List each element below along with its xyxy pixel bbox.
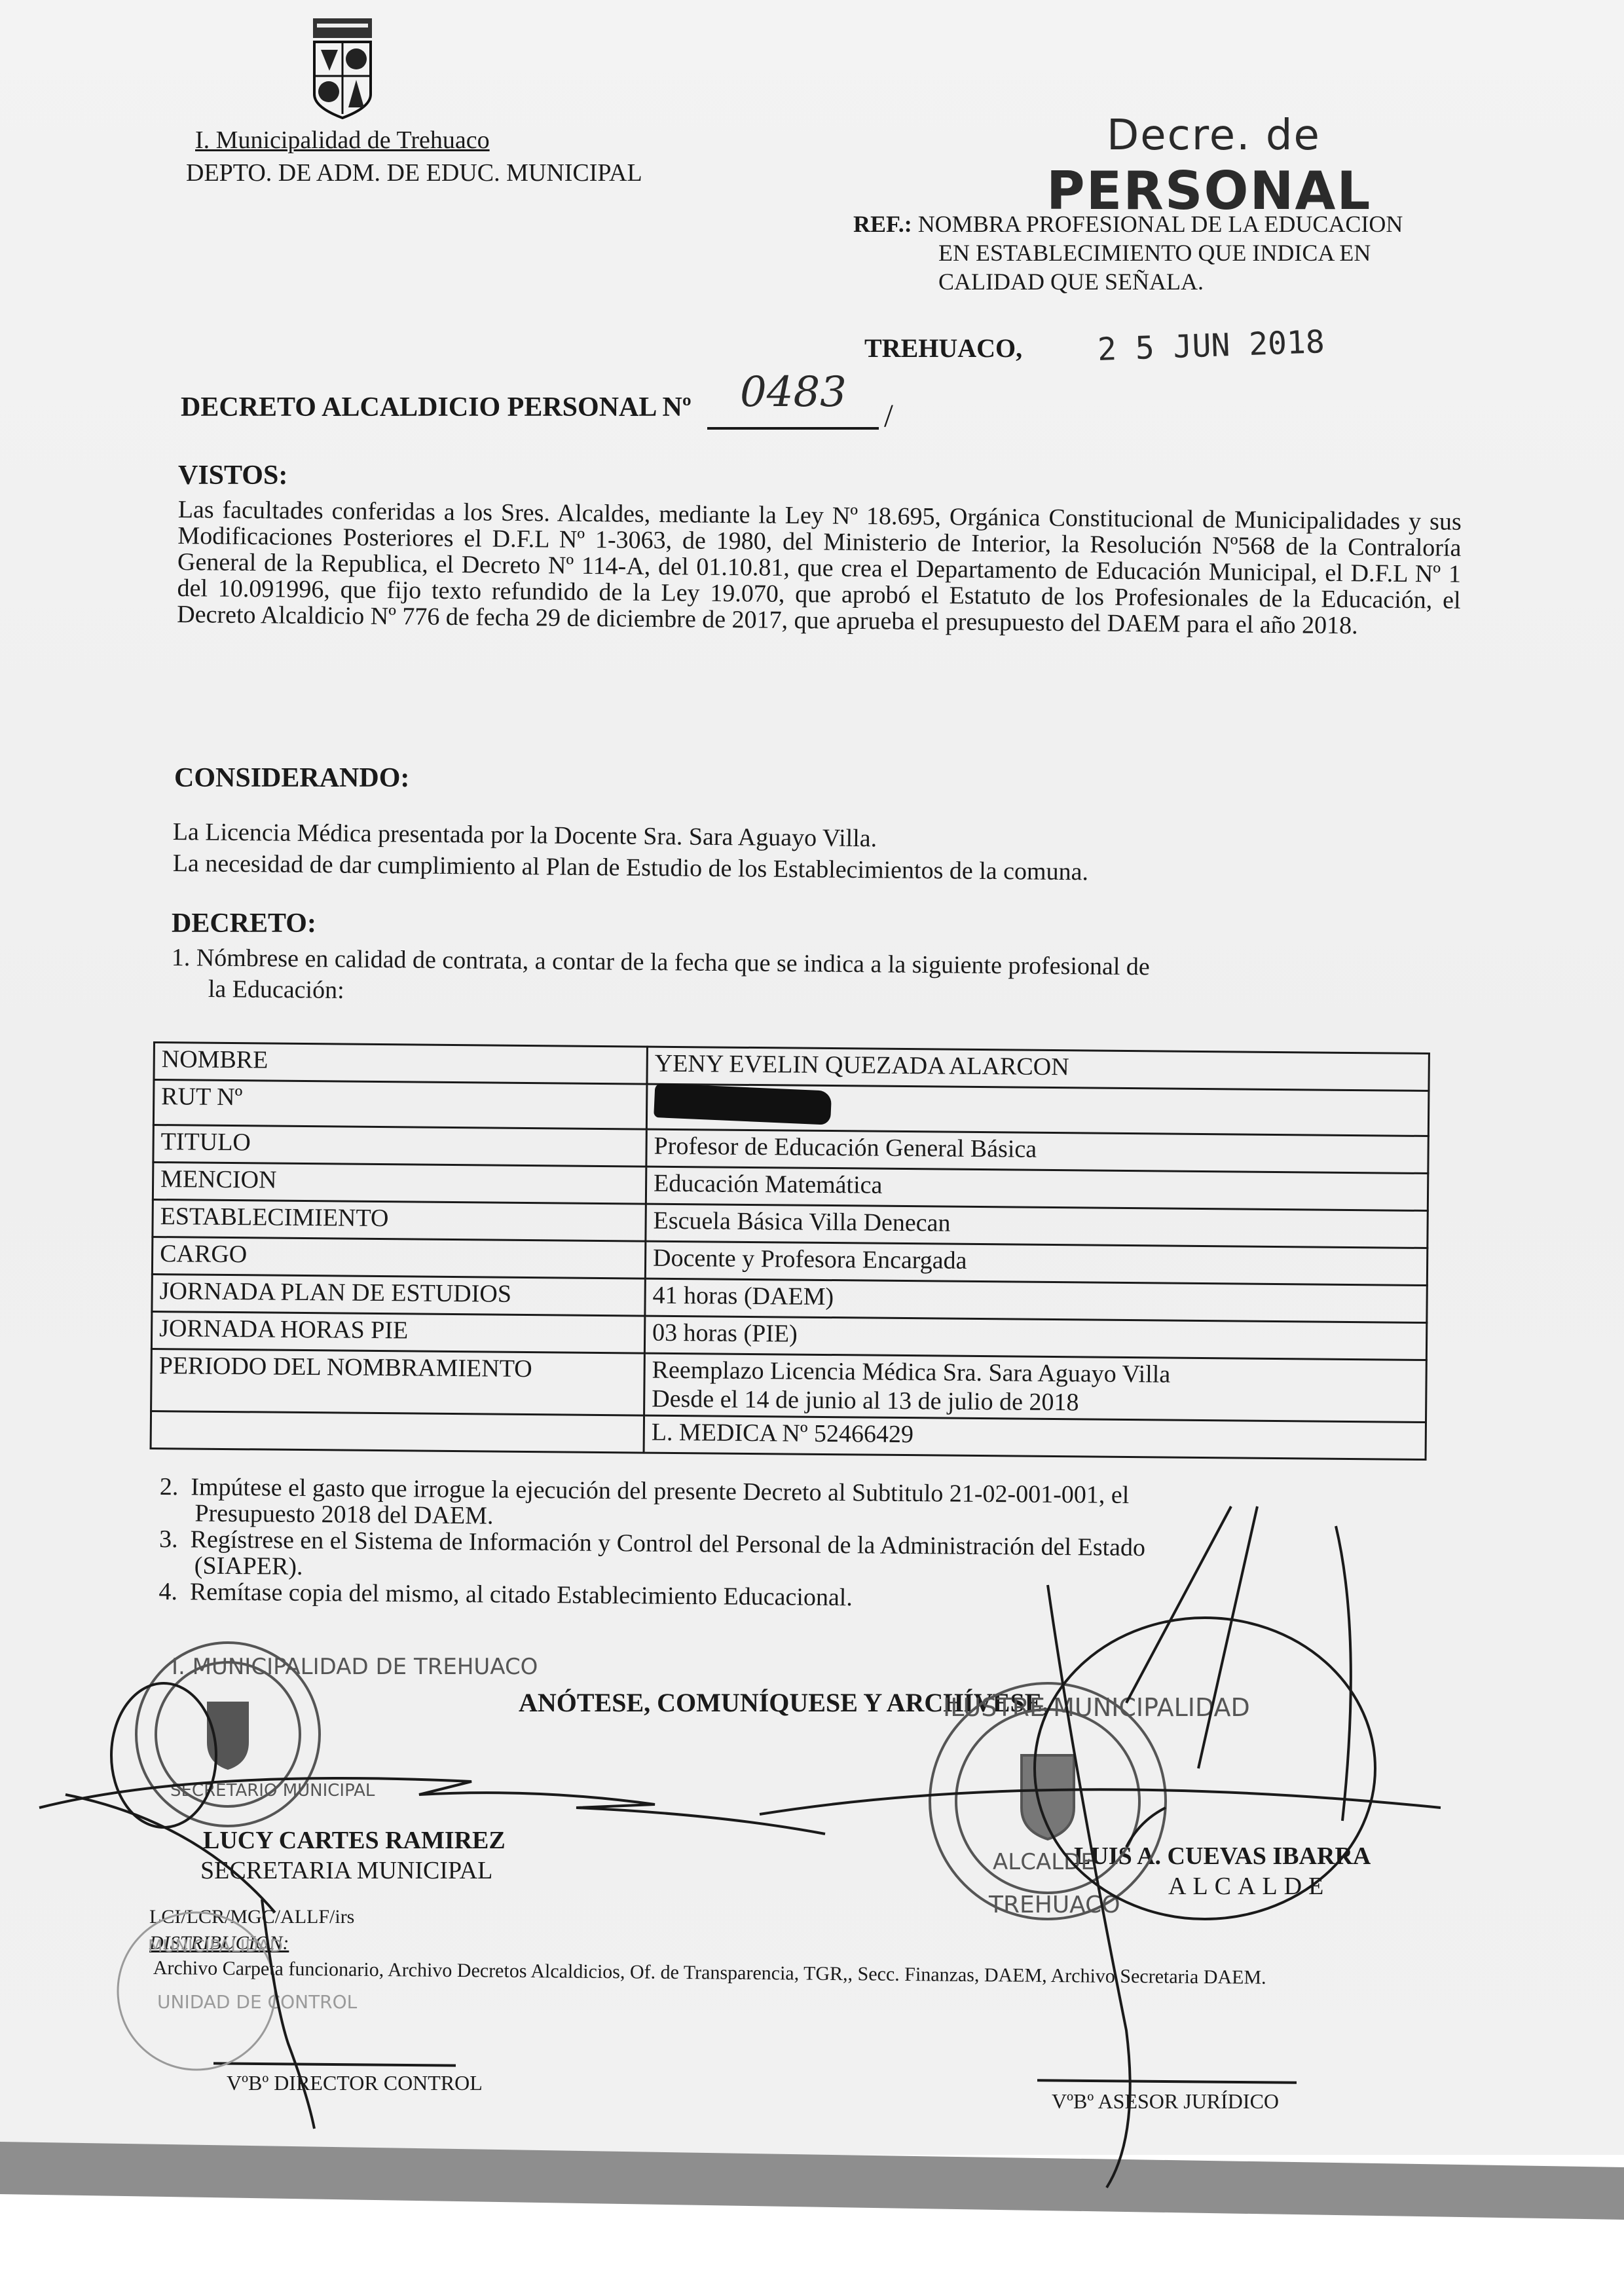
decree-title: DECRETO ALCALDICIO PERSONAL Nº (181, 392, 692, 423)
decree-number-suffix: / (884, 396, 893, 434)
secretary-role: SECRETARIA MUNICIPAL (200, 1856, 492, 1885)
appointment-table: NOMBREYENY EVELIN QUEZADA ALARCONRUT NºT… (150, 1041, 1430, 1461)
mayor-role: ALCALDE (1168, 1872, 1330, 1901)
municipality-name: I. Municipalidad de Trehuaco (195, 126, 490, 155)
department-name: DEPTO. DE ADM. DE EDUC. MUNICIPAL (186, 159, 642, 187)
secretary-name: LUCY CARTES RAMIREZ (203, 1826, 506, 1855)
redaction-mark (654, 1083, 832, 1125)
closing-formula: ANÓTESE, COMUNÍQUESE Y ARCHÍVESE, (519, 1687, 1048, 1718)
table-cell-key: RUT Nº (153, 1080, 647, 1130)
table-cell-key: JORNADA PLAN DE ESTUDIOS (152, 1274, 645, 1316)
table-cell-value: 03 horas (PIE) (644, 1316, 1426, 1360)
table-cell-value: Docente y Profesora Encargada (645, 1241, 1427, 1285)
table-cell-key: PERIODO DEL NOMBRAMIENTO (151, 1349, 645, 1415)
decree-number: 0483 (740, 368, 847, 417)
table-cell-key: CARGO (152, 1237, 645, 1279)
table-cell-key: JORNADA HORAS PIE (151, 1311, 644, 1353)
table-cell-key: NOMBRE (154, 1043, 647, 1085)
responsible-initials: LCI/LCR/MGC/ALLF/irs (149, 1906, 354, 1928)
reference-line-2: EN ESTABLECIMIENTO QUE INDICA EN (853, 238, 1403, 267)
table-cell-value: Reemplazo Licencia Médica Sra. Sara Agua… (644, 1353, 1427, 1422)
reference-block: REF.: NOMBRA PROFESIONAL DE LA EDUCACION… (853, 210, 1403, 296)
mayor-name: LUIS A. CUEVAS IBARRA (1074, 1842, 1371, 1871)
place: TREHUACO, (864, 333, 1022, 364)
table-cell-value-line: Desde el 14 de junio al 13 de julio de 2… (652, 1385, 1418, 1420)
stamp-decree-type: Decre. de (1107, 111, 1321, 160)
reference-line-1: NOMBRA PROFESIONAL DE LA EDUCACION (918, 211, 1403, 237)
table-cell-key: MENCION (153, 1163, 646, 1204)
table-cell-value: Escuela Básica Villa Denecan (646, 1204, 1428, 1248)
reference-line-3: CALIDAD QUE SEÑALA. (853, 267, 1403, 296)
table-cell-value: 41 horas (DAEM) (645, 1278, 1427, 1322)
table-cell-value: YENY EVELIN QUEZADA ALARCON (647, 1047, 1429, 1091)
table-cell-value: L. MEDICA Nº 52466429 (644, 1415, 1426, 1459)
vistos-heading: VISTOS: (178, 460, 287, 491)
table-cell-value: Profesor de Educación General Básica (646, 1129, 1428, 1173)
decreto-heading: DECRETO: (172, 908, 316, 939)
table-cell-value (646, 1084, 1429, 1136)
municipal-coat-of-arms-icon (300, 16, 385, 121)
vb-director-control: VºBº DIRECTOR CONTROL (227, 2071, 483, 2095)
table-cell-key: ESTABLECIMIENTO (153, 1200, 646, 1242)
decree-number-underline (707, 427, 879, 430)
distribution-label: DISTRIBUCION: (149, 1932, 289, 1954)
considerando-heading: CONSIDERANDO: (174, 762, 409, 794)
vb-asesor-juridico: VºBº ASESOR JURÍDICO (1052, 2089, 1279, 2114)
table-cell-value: Educación Matemática (646, 1166, 1428, 1210)
reference-label: REF.: (853, 211, 912, 237)
decreto-items: 2. Impútese el gasto que irrogue la ejec… (158, 1474, 1469, 1616)
table-cell-key (151, 1411, 644, 1453)
decreto-item-1-cont: la Educación: (208, 976, 601, 1006)
table-cell-key: TITULO (153, 1125, 646, 1167)
table-row: PERIODO DEL NOMBRAMIENTOReemplazo Licenc… (151, 1349, 1427, 1422)
vistos-text: Las facultades conferidas a los Sres. Al… (177, 496, 1462, 640)
